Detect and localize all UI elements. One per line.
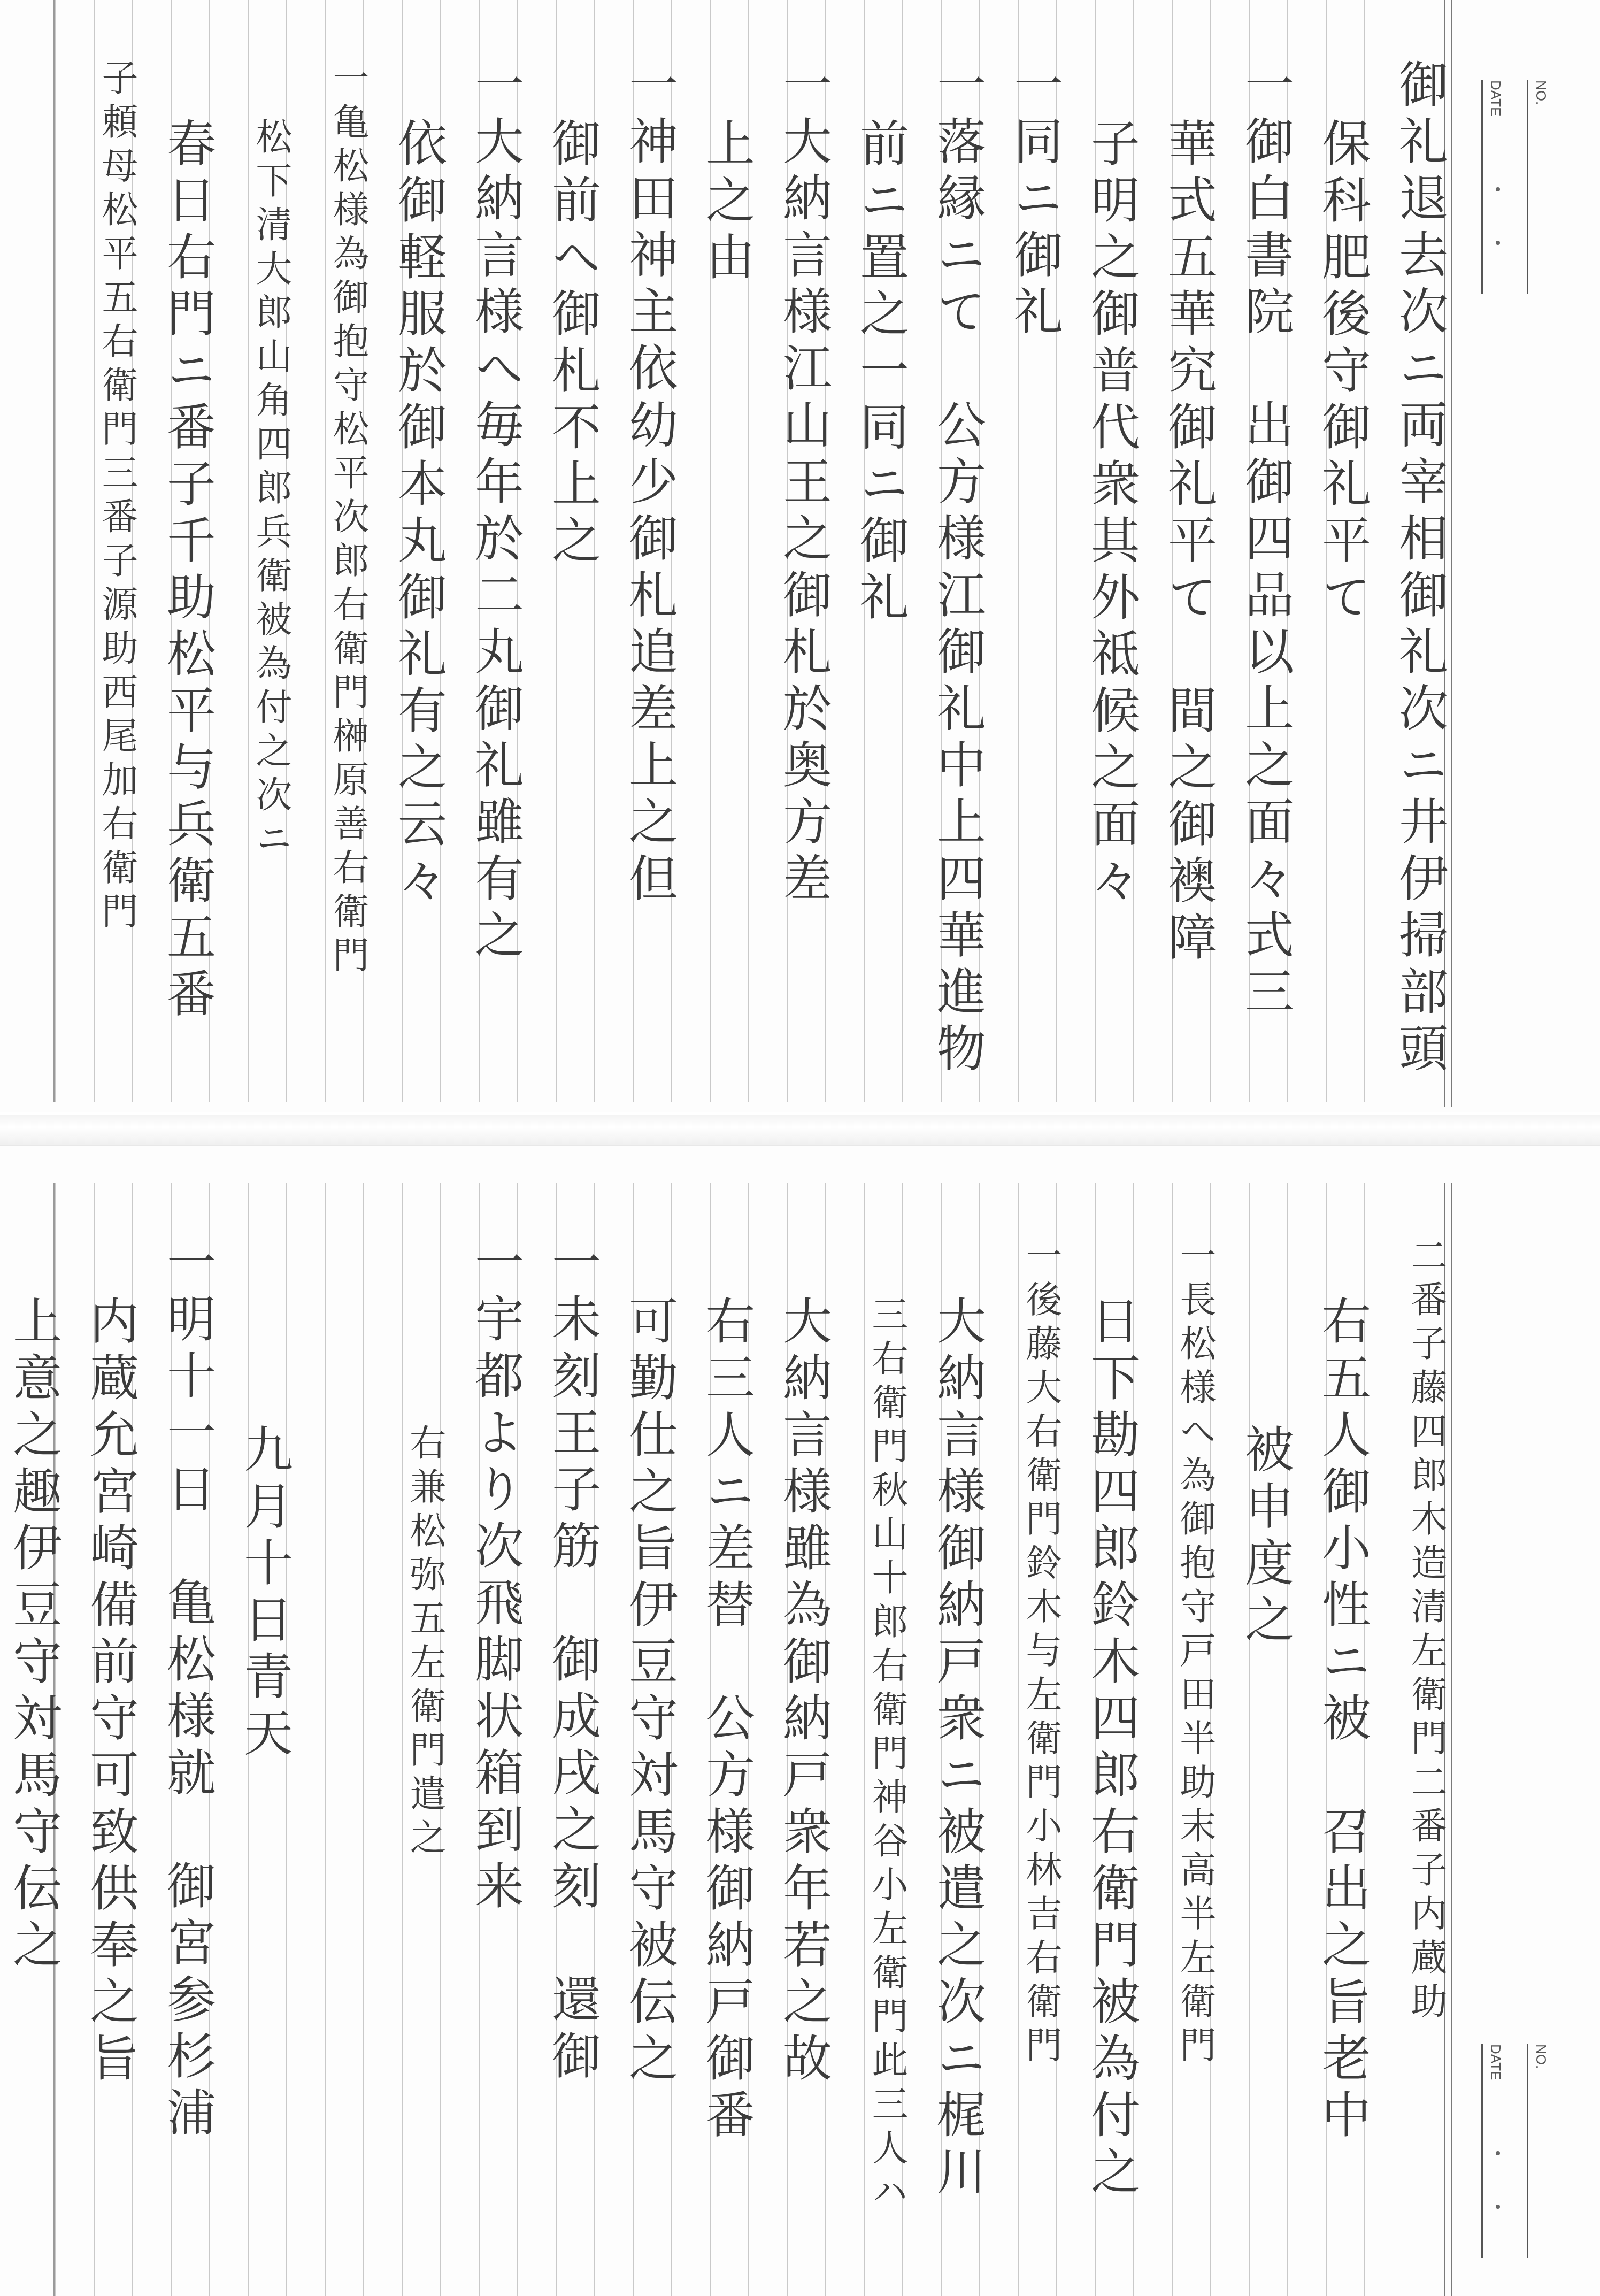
text-column: 華式五華究御礼平て 間之御襖障	[1136, 59, 1213, 1075]
text-column: 一未刻王子筋 御成戌之刻 還御	[520, 1237, 597, 2253]
text-column: 御前へ御札不上之	[520, 59, 597, 1075]
text-column: 日下勘四郎鈴木四郎右衛門被為付之	[1059, 1237, 1136, 2253]
text-column: 九月十日青天	[212, 1237, 289, 2253]
notebook-page-top: NO. DATE 御礼退去次ニ両宰相御礼次ニ井伊掃部頭 保科肥後守御礼平て 一御…	[0, 0, 1600, 1112]
date-separator-dot	[1496, 187, 1500, 191]
text-column: 大納言様御納戸衆ニ被遣之次ニ梶川	[905, 1237, 982, 2253]
date-label: DATE	[1487, 2044, 1504, 2080]
text-column: 一同ニ御礼	[982, 59, 1059, 1075]
text-column: 一後藤大右衛門鈴木与左衛門小林吉右衛門	[982, 1237, 1059, 2253]
text-column: 一大納言様へ毎年於二丸御礼雖有之	[443, 59, 520, 1075]
text-column: 保科肥後守御礼平て	[1290, 59, 1367, 1075]
text-column: 被申度之	[1213, 1237, 1290, 2253]
text-column: 一亀松様為御抱守松平次郎右衛門榊原善右衛門	[289, 59, 366, 1075]
text-column: 二番子藤四郎木造清左衛門二番子内蔵助	[1367, 1237, 1444, 2253]
text-column: 松下清大郎山角四郎兵衛被為付之次ニ	[212, 59, 289, 1075]
text-column: 一明十一日 亀松様就 御宮参杉浦	[135, 1237, 212, 2253]
text-column: 右五人御小性ニ被 召出之旨老中	[1290, 1237, 1367, 2253]
text-column: 春日右門ニ番子千助松平与兵衛五番	[135, 59, 212, 1075]
text-column: 一神田神主依幼少御札追差上之但	[597, 59, 674, 1075]
text-column: 御礼退去次ニ両宰相御礼次ニ井伊掃部頭	[1367, 59, 1444, 1075]
text-column: 一落縁ニて 公方様江御礼中上四華進物	[905, 59, 982, 1075]
text-column: 前ニ置之一同ニ御礼	[828, 59, 905, 1075]
no-label: NO.	[1533, 2044, 1549, 2069]
date-label: DATE	[1487, 80, 1504, 116]
date-separator-dot	[1496, 2205, 1500, 2209]
text-column: 内蔵允宮崎備前守可致供奉之旨	[58, 1237, 135, 2253]
text-column: 三右衛門秋山十郎右衛門神谷小左衛門此三人ハ	[828, 1237, 905, 2253]
text-column: 一御白書院 出御四品以上之面々式三	[1213, 59, 1290, 1075]
notebook-header: NO. DATE	[1476, 80, 1551, 305]
page-gap	[0, 1115, 1600, 1145]
text-column: 上之由	[674, 59, 751, 1075]
notebook-header: NO. DATE	[1476, 2044, 1551, 2269]
date-field: DATE	[1481, 80, 1483, 294]
text-column: 一長松様へ為御抱守戸田半助末高半左衛門	[1136, 1237, 1213, 2253]
no-field: NO.	[1527, 2044, 1528, 2258]
text-column: 大納言様雖為御納戸衆年若之故	[751, 1237, 828, 2253]
no-label: NO.	[1533, 80, 1549, 105]
text-column: 一宇都より次飛脚状箱到来	[443, 1237, 520, 2253]
text-column: 一大納言様江山王之御札於奥方差	[751, 59, 828, 1075]
text-column: 右三人ニ差替 公方様御納戸御番	[674, 1237, 751, 2253]
date-separator-dot	[1496, 2151, 1500, 2155]
text-column: 可勤仕之旨伊豆守対馬守被伝之	[597, 1237, 674, 2253]
text-column: 依御軽服於御本丸御礼有之云々	[366, 59, 443, 1075]
text-column: 子明之御普代衆其外祗候之面々	[1059, 59, 1136, 1075]
text-columns: 御礼退去次ニ両宰相御礼次ニ井伊掃部頭 保科肥後守御礼平て 一御白書院 出御四品以…	[53, 59, 1444, 1075]
text-column: 子頼母松平五右衛門三番子源助西尾加右衛門	[58, 59, 135, 1075]
text-column: 右兼松弥五左衛門遣之	[366, 1237, 443, 2253]
date-separator-dot	[1496, 241, 1500, 245]
date-field: DATE	[1481, 2044, 1483, 2258]
text-column: 上意之趣伊豆守対馬守伝之	[0, 1237, 58, 2253]
notebook-page-bottom: NO. DATE 二番子藤四郎木造清左衛門二番子内蔵助 右五人御小性ニ被 召出之…	[0, 1145, 1600, 2296]
text-columns: 二番子藤四郎木造清左衛門二番子内蔵助 右五人御小性ニ被 召出之旨老中 被申度之 …	[53, 1237, 1444, 2253]
no-field: NO.	[1527, 80, 1528, 294]
